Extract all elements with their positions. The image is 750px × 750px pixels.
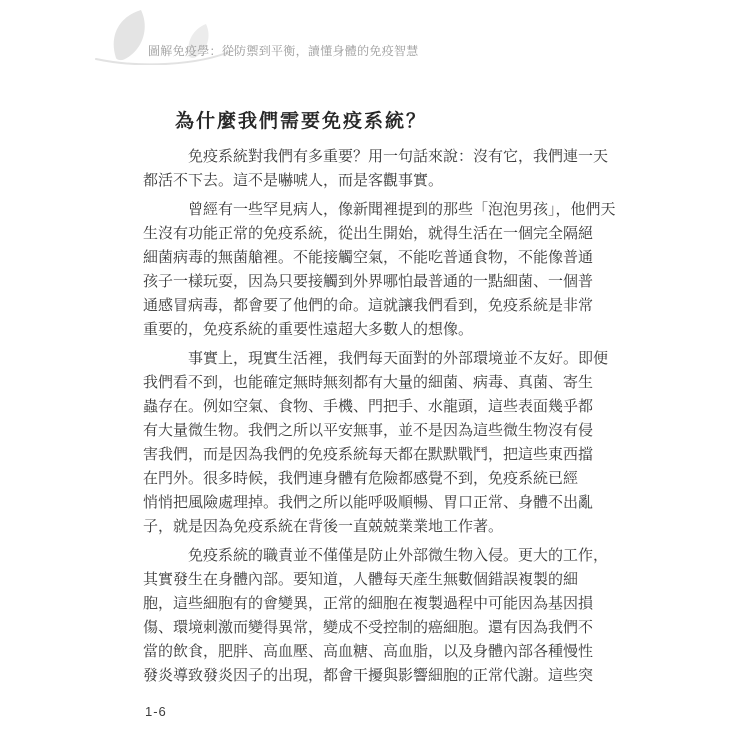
- body-text: 免疫系統對我們有多重要？用一句話來說：沒有它，我們連一天 都活不下去。這不是嚇唬…: [143, 145, 643, 693]
- paragraph-internal-duty: 免疫系統的職責並不僅僅是防止外部微生物入侵。更大的工作， 其實發生在身體內部。要…: [143, 544, 643, 688]
- book-page: 圖解免疫學：從防禦到平衡，讀懂身體的免疫智慧 為什麼我們需要免疫系統？ 免疫系統…: [0, 0, 750, 750]
- running-head-book-title: 圖解免疫學：從防禦到平衡，讀懂身體的免疫智慧: [148, 42, 419, 59]
- paragraph-bubble-boy: 曾經有一些罕見病人，像新聞裡提到的那些「泡泡男孩」，他們天 生沒有功能正常的免疫…: [143, 198, 643, 342]
- page-number: 1-6: [145, 704, 167, 719]
- paragraph-daily-environment: 事實上，現實生活裡，我們每天面對的外部環境並不友好。即便 我們看不到，也能確定無…: [143, 347, 643, 539]
- paragraph-importance-intro: 免疫系統對我們有多重要？用一句話來說：沒有它，我們連一天 都活不下去。這不是嚇唬…: [143, 145, 643, 193]
- section-title: 為什麼我們需要免疫系統？: [175, 106, 427, 133]
